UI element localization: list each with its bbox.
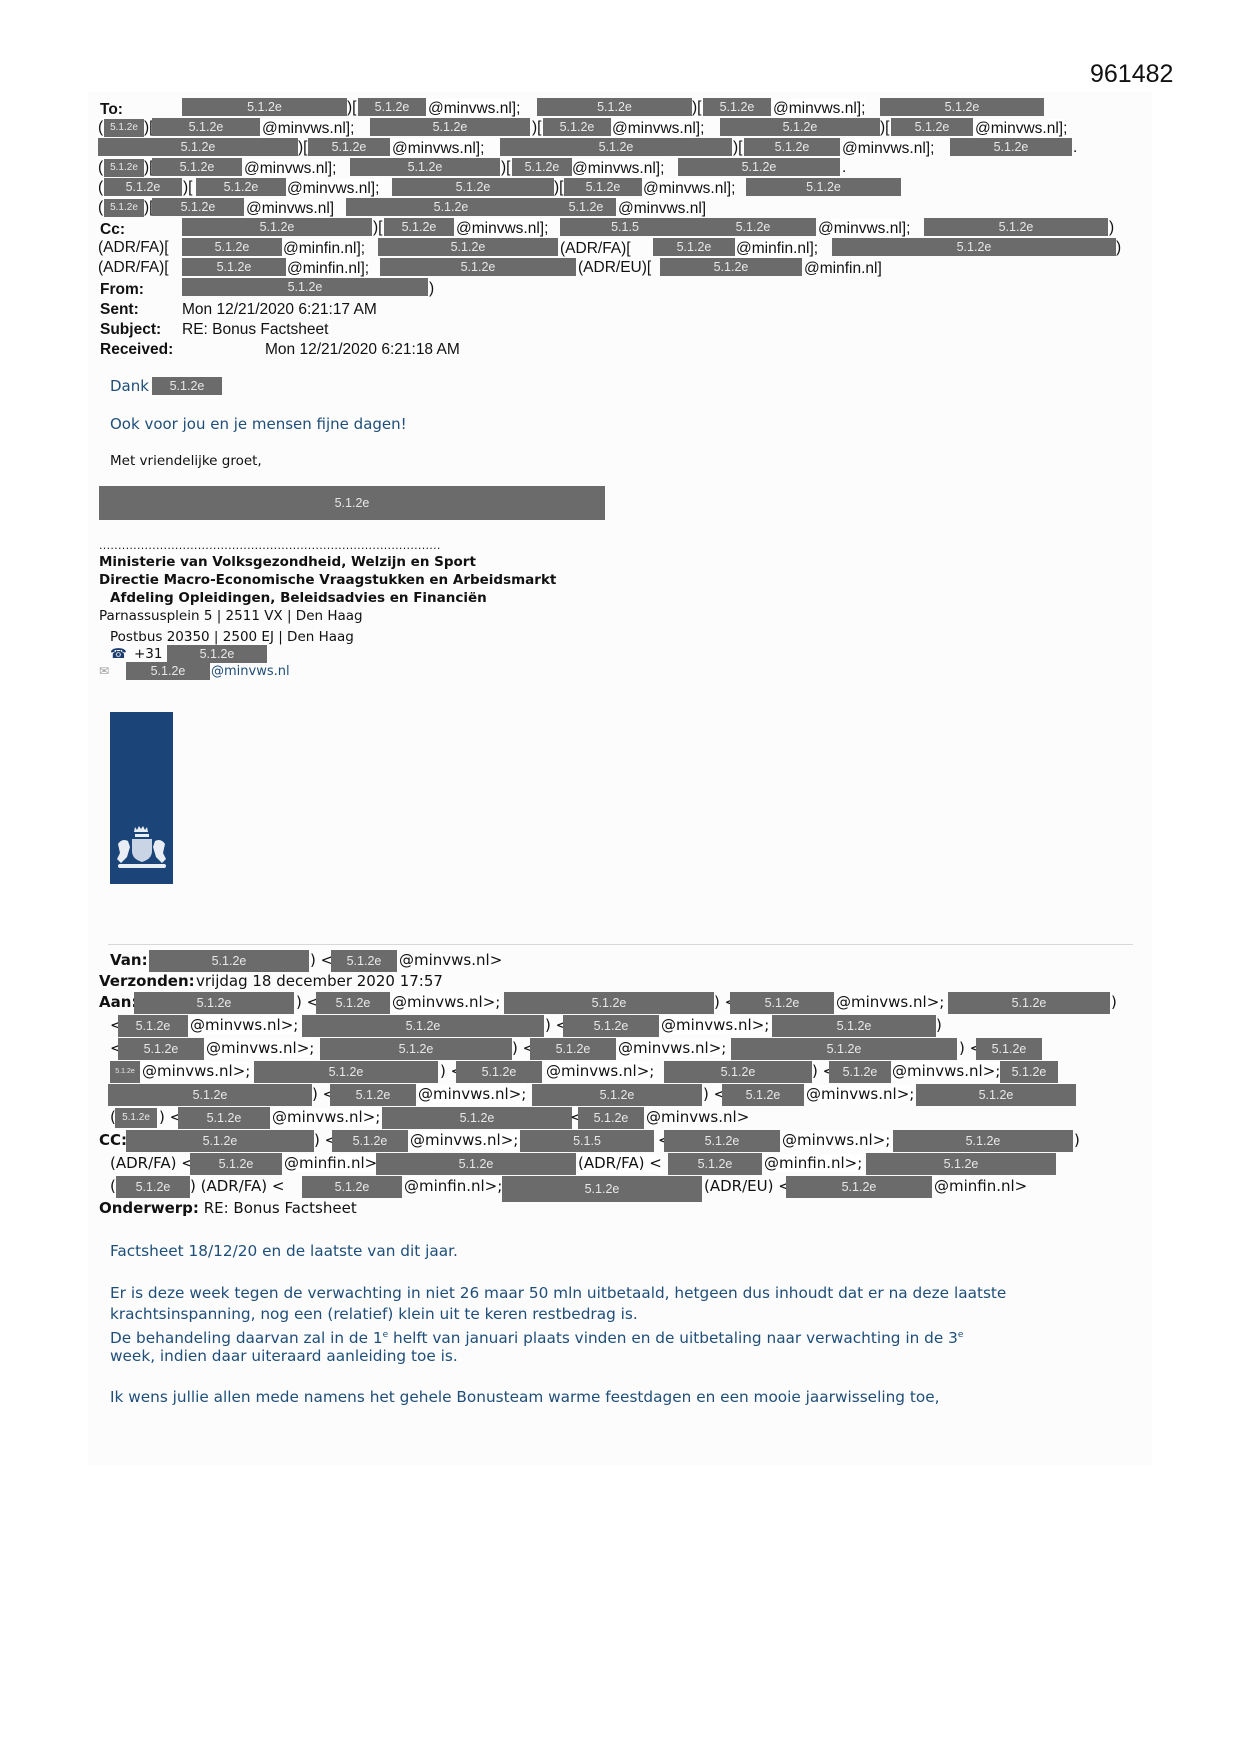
redaction: 5.1.2e <box>530 1038 616 1060</box>
redaction: 5.1.2e <box>537 98 692 116</box>
redaction: 5.1.2e <box>563 1015 659 1037</box>
wishes-text: Ook voor jou en je mensen fijne dagen! <box>110 415 407 433</box>
redaction: 5.1.2e <box>730 992 834 1014</box>
email-domain: @minfin.nl]; <box>736 239 818 258</box>
redaction: 5.1.2e <box>893 1130 1073 1152</box>
sent-value: vrijdag 18 december 2020 17:57 <box>196 972 443 990</box>
separator: )[ <box>532 118 541 137</box>
phone-icon: ☎ <box>110 645 127 663</box>
redaction: 5.1.2e <box>664 1061 812 1083</box>
redaction: 5.1.5 <box>520 1130 654 1152</box>
redaction: 5.1.2e <box>976 1038 1042 1060</box>
email-domain: @minvws.nl>; <box>190 1016 298 1034</box>
redaction: 5.1.2e <box>504 992 714 1014</box>
redaction: 5.1.2e <box>332 1130 408 1152</box>
redaction: 5.1.2e <box>152 118 260 136</box>
subject-label: Subject: <box>100 320 161 339</box>
email-domain: @minvws.nl>; <box>782 1131 890 1149</box>
redaction: 5.1.2e <box>134 992 294 1014</box>
body-paragraph-3: Ik wens jullie allen mede namens het geh… <box>110 1387 939 1408</box>
redaction: 5.1.2e <box>500 138 732 156</box>
redaction: 5.1.2e <box>832 238 1116 256</box>
redaction: 5.1.2e <box>512 158 572 176</box>
separator: )[ <box>554 178 563 197</box>
redaction: 5.1.2e <box>178 1107 270 1129</box>
redaction: 5.1.2e <box>104 119 144 137</box>
from-label: Van: <box>110 951 148 969</box>
separator: )[ <box>183 178 192 197</box>
email-domain: @minvws.nl>; <box>410 1131 518 1149</box>
email-domain: @minvws.nl>; <box>206 1039 314 1057</box>
text: De behandeling daarvan zal in de 1 <box>110 1329 383 1347</box>
separator: )[ <box>298 138 307 157</box>
redaction: 5.1.2e <box>152 377 222 395</box>
separator: ( <box>110 1177 116 1195</box>
redaction: 5.1.2e <box>1000 1061 1058 1083</box>
redaction: 5.1.2e <box>196 178 286 196</box>
subject-value: RE: Bonus Factsheet <box>182 320 328 339</box>
redaction: 5.1.2e <box>744 138 840 156</box>
redaction: 5.1.2e <box>346 198 556 216</box>
email-domain: @minvws.nl] <box>246 199 334 218</box>
redaction: 5.1.2e <box>316 992 390 1014</box>
redaction: 5.1.2e <box>891 118 973 136</box>
email-domain: @minfin.nl>; <box>764 1154 862 1172</box>
email-domain: @minvws.nl>; <box>892 1062 1000 1080</box>
separator: ( <box>98 118 103 137</box>
to-label: To: <box>100 100 123 119</box>
redaction: 5.1.2e <box>358 98 426 116</box>
email-domain: @minvws.nl]; <box>612 119 704 138</box>
email-domain: @minvws.nl> <box>399 951 502 969</box>
email-domain: @minvws.nl]; <box>643 179 735 198</box>
sent-value: Mon 12/21/2020 6:21:17 AM <box>182 300 377 319</box>
ministry-name: Ministerie van Volksgezondheid, Welzijn … <box>99 553 476 571</box>
email-domain: @minvws.nl]; <box>262 119 354 138</box>
redaction: 5.1.2e <box>564 178 642 196</box>
email-domain: @minvws.nl]; <box>818 219 910 238</box>
redaction: 5.1.2e <box>182 238 282 256</box>
redaction: 5.1.2e <box>916 1084 1076 1106</box>
redaction: 5.1.2e <box>690 218 816 236</box>
separator: ) <box>1116 238 1121 257</box>
received-value: Mon 12/21/2020 6:21:18 AM <box>265 340 460 359</box>
adr-eu: (ADR/EU) < <box>704 1177 791 1195</box>
redaction: 5.1.2e <box>152 158 242 176</box>
body-paragraph-2-line-1: Er is deze week tegen de verwachting in … <box>110 1283 1006 1304</box>
redaction: 5.1.2e <box>378 238 558 256</box>
email-domain: @minvws.nl]; <box>842 139 934 158</box>
separator: )[ <box>347 98 356 117</box>
separator: ) <box>1074 1131 1080 1149</box>
email-domain: @minvws.nl>; <box>272 1108 380 1126</box>
email-domain: @minvws.nl>; <box>546 1062 654 1080</box>
separator: ( <box>98 158 103 177</box>
adr-fa: (ADR/FA)[ <box>560 239 631 258</box>
redaction: 5.1.2e <box>110 1061 140 1083</box>
adr-fa: (ADR/FA) < <box>110 1154 194 1172</box>
separator: )[ <box>733 138 742 157</box>
redaction: 5.1.2e <box>190 1153 282 1175</box>
redaction: 5.1.2e <box>115 1108 157 1128</box>
redaction: 5.1.2e <box>104 199 144 217</box>
separator: ) <box>936 1016 942 1034</box>
redaction: 5.1.2e <box>182 98 347 116</box>
redaction-signature-name: 5.1.2e <box>99 486 605 520</box>
redaction: 5.1.2e <box>350 158 500 176</box>
redaction: 5.1.2e <box>376 1153 576 1175</box>
postbox: Postbus 20350 | 2500 EJ | Den Haag <box>110 628 354 646</box>
closing-text: Met vriendelijke groet, <box>110 452 262 470</box>
body-paragraph-1: Factsheet 18/12/20 en de laatste van dit… <box>110 1241 458 1262</box>
redaction: 5.1.2e <box>254 1061 438 1083</box>
separator: )[ <box>880 118 889 137</box>
separator: ) <box>1111 993 1117 1011</box>
superscript: e <box>958 1330 964 1340</box>
separator: )[ <box>501 158 510 177</box>
redaction: 5.1.2e <box>653 238 735 256</box>
separator: . <box>1073 138 1077 157</box>
separator: ) <box>1109 218 1114 237</box>
adr-fa: ) (ADR/FA) < <box>190 1177 284 1195</box>
redaction: 5.1.2e <box>126 1130 314 1152</box>
redaction: 5.1.2e <box>731 1038 957 1060</box>
redaction: 5.1.2e <box>331 950 397 972</box>
adr-eu: (ADR/EU)[ <box>578 258 651 277</box>
email-domain: @minvws.nl]; <box>244 159 336 178</box>
redaction: 5.1.2e <box>152 198 244 216</box>
from-label: From: <box>100 280 144 299</box>
separator: )[ <box>692 98 701 117</box>
department-name: Afdeling Opleidingen, Beleidsadvies en F… <box>110 589 487 607</box>
redaction: 5.1.2e <box>118 1038 204 1060</box>
sent-label: Verzonden: <box>99 972 195 990</box>
redaction: 5.1.2e <box>384 218 454 236</box>
email-domain: @minfin.nl]; <box>283 239 365 258</box>
email-domain: @minfin.nl>; <box>404 1177 502 1195</box>
redaction: 5.1.2e <box>924 218 1108 236</box>
redaction: 5.1.2e <box>108 1084 312 1106</box>
separator: ) <box>429 279 434 298</box>
subject-row: Onderwerp: RE: Bonus Factsheet <box>99 1199 357 1217</box>
separator: . <box>842 158 846 177</box>
redaction: 5.1.2e <box>104 178 182 196</box>
redaction: 5.1.2e <box>370 118 530 136</box>
separator: ( <box>98 198 103 217</box>
email-domain: @minvws.nl]; <box>456 219 548 238</box>
redaction: 5.1.2e <box>456 1061 542 1083</box>
received-label: Received: <box>100 340 173 359</box>
redaction: 5.1.2e <box>772 1015 936 1037</box>
signature-email-domain[interactable]: @minvws.nl <box>211 663 290 681</box>
subject-label: Onderwerp: <box>99 1199 199 1217</box>
redaction: 5.1.2e <box>950 138 1072 156</box>
redaction: 5.1.2e <box>556 198 616 216</box>
redaction: 5.1.2e <box>182 218 372 236</box>
cc-label: CC: <box>99 1131 127 1149</box>
separator: )[ <box>373 218 382 237</box>
redaction: 5.1.2e <box>126 662 210 680</box>
redaction: 5.1.2e <box>302 1176 402 1198</box>
redaction: 5.1.2e <box>118 1015 188 1037</box>
redaction: 5.1.2e <box>320 1038 512 1060</box>
email-domain: @minvws.nl]; <box>392 139 484 158</box>
redaction: 5.1.2e <box>98 138 298 156</box>
separator: ) < <box>310 951 333 969</box>
email-domain: @minfin.nl]; <box>287 259 369 278</box>
email-domain: @minvws.nl>; <box>661 1016 769 1034</box>
redaction: 5.1.2e <box>392 178 554 196</box>
redaction: 5.1.2e <box>532 1084 702 1106</box>
email-domain: @minvws.nl] <box>618 199 706 218</box>
email-domain: @minfin.nl] <box>804 259 882 278</box>
redaction: 5.1.2e <box>786 1176 932 1198</box>
redaction: 5.1.5 <box>560 218 690 236</box>
redaction: 5.1.2e <box>829 1061 891 1083</box>
redaction: 5.1.2e <box>720 118 880 136</box>
redaction: 5.1.2e <box>382 1107 572 1129</box>
page-number: 961482 <box>1090 60 1173 89</box>
subject-value: RE: Bonus Factsheet <box>204 1199 357 1217</box>
redaction: 5.1.2e <box>116 1176 190 1198</box>
redaction: 5.1.2e <box>182 258 286 276</box>
thanks-text: Dank <box>110 377 149 395</box>
email-domain: @minvws.nl>; <box>142 1062 250 1080</box>
redaction: 5.1.2e <box>167 645 267 663</box>
to-label: Aan: <box>99 993 137 1011</box>
adr-fa: (ADR/FA) < <box>578 1154 662 1172</box>
redaction: 5.1.2e <box>678 158 840 176</box>
rijksoverheid-logo <box>110 712 173 884</box>
directorate-name: Directie Macro-Economische Vraagstukken … <box>99 571 556 589</box>
redaction: 5.1.2e <box>308 138 390 156</box>
cc-label: Cc: <box>100 220 125 239</box>
body-paragraph-2-line-4: week, indien daar uiteraard aanleiding t… <box>110 1346 458 1367</box>
email-domain: @minvws.nl]; <box>975 119 1067 138</box>
adr-fa: (ADR/FA)[ <box>98 258 169 277</box>
email-domain: @minvws.nl]; <box>287 179 379 198</box>
address: Parnassusplein 5 | 2511 VX | Den Haag <box>99 607 363 625</box>
sent-label: Sent: <box>100 300 139 319</box>
redaction: 5.1.2e <box>703 98 771 116</box>
message-divider <box>108 944 1133 945</box>
separator: ( <box>98 178 103 197</box>
email-domain: @minvws.nl]; <box>773 99 865 118</box>
email-domain: @minvws.nl]; <box>428 99 520 118</box>
redaction: 5.1.2e <box>330 1084 416 1106</box>
email-domain: @minvws.nl>; <box>392 993 500 1011</box>
redaction: 5.1.2e <box>578 1107 644 1129</box>
redaction: 5.1.2e <box>668 1153 762 1175</box>
redaction: 5.1.2e <box>149 950 309 972</box>
redaction: 5.1.2e <box>880 98 1044 116</box>
phone-prefix: +31 <box>134 645 163 663</box>
body-paragraph-2-line-2: krachtsinspanning, nog een (relatief) kl… <box>110 1304 638 1325</box>
redaction: 5.1.2e <box>866 1153 1056 1175</box>
email-domain: @minvws.nl>; <box>418 1085 526 1103</box>
email-domain: @minfin.nl>; <box>284 1154 382 1172</box>
email-domain: @minvws.nl>; <box>836 993 944 1011</box>
adr-fa: (ADR/FA)[ <box>98 238 169 257</box>
redaction: 5.1.2e <box>948 992 1110 1014</box>
mail-icon: ✉ <box>99 662 109 680</box>
redaction: 5.1.2e <box>660 258 802 276</box>
redaction: 5.1.2e <box>543 118 611 136</box>
email-domain: @minfin.nl> <box>934 1177 1027 1195</box>
email-domain: @minvws.nl> <box>646 1108 749 1126</box>
redaction: 5.1.2e <box>104 159 144 177</box>
redaction: 5.1.2e <box>664 1130 780 1152</box>
text: helft van januari plaats vinden en de ui… <box>388 1329 958 1347</box>
email-domain: @minvws.nl]; <box>572 159 664 178</box>
redaction: 5.1.2e <box>502 1176 702 1202</box>
redaction: 5.1.2e <box>722 1084 804 1106</box>
redaction: 5.1.2e <box>746 178 901 196</box>
coat-of-arms-icon <box>110 712 173 884</box>
redaction: 5.1.2e <box>380 258 576 276</box>
redaction: 5.1.2e <box>182 278 428 296</box>
redaction: 5.1.2e <box>302 1015 544 1037</box>
email-domain: @minvws.nl>; <box>806 1085 914 1103</box>
email-domain: @minvws.nl>; <box>618 1039 726 1057</box>
